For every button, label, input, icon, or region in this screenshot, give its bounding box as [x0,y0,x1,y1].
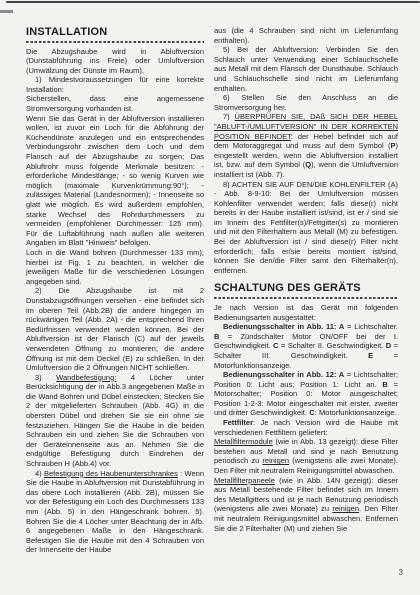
paragraph: Fettfilter: Je nach Version wird die Hau… [214,418,398,437]
scan-artifact-line [6,1,420,3]
text-run: Die Abzugshaube wird in Abluftversion (D… [26,47,204,75]
document-page: INSTALLATIONDie Abzugshaube wird in Ablu… [0,0,420,595]
paragraph: 3) Wandbefestigung: 4 Löcher unter Berüc… [26,373,204,469]
text-run: 2) Die Abzugshaube ist mit 2 Dunstabzugs… [26,286,204,372]
page-number: 3 [399,568,403,577]
paragraph: 6) Stellen Sie den Anschluss an die Stro… [214,93,398,112]
text-run: : Wenn Sie die Haube in Abluftversion mi… [26,469,204,555]
paragraph: Metallfilterpaneele (wie in Abb. 14N gez… [214,476,398,534]
paragraph: Bedienungsschalter in Abb. 11: A = Licht… [214,322,398,370]
text-columns: INSTALLATIONDie Abzugshaube wird in Ablu… [0,0,420,555]
text-run: Bedienungsschalter in Abb. 11: [223,322,339,331]
paragraph: aus (die 4 Schrauben sind nicht im Liefe… [214,26,398,45]
section-title: SCHALTUNG DES GERÄTS [214,282,398,295]
dashed-rule [214,297,398,299]
paragraph: Bedienungsschalter in Abb. 12: A = Licht… [214,370,398,418]
text-run: 7) [223,112,235,121]
text-run: Wandbefestigung: [56,373,116,382]
text-run: 4) [35,469,44,478]
text-run: Bedienungsschalter in Abb. 12: [223,370,339,379]
text-run: reinigen [262,456,289,465]
paragraph: 8) ACHTEN SIE AUF DEN/DIE KOHLENFILTER (… [214,180,398,276]
paragraph: Je nach Version ist das Gerät mit folgen… [214,303,398,322]
text-run: 1) Mindestvoraussetzungen für eine korre… [26,75,204,94]
scan-artifact-mark [0,10,13,13]
column-left: INSTALLATIONDie Abzugshaube wird in Ablu… [26,26,204,555]
section-title: INSTALLATION [26,26,204,39]
text-run: 5) Bei der Abluftversion: Verbinden Sie … [214,45,398,92]
text-run: = Schalter II. Geschwindigkeit. [279,341,386,350]
text-run: aus (die 4 Schrauben sind nicht im Liefe… [214,26,398,45]
text-run: Metallfiltermodule [214,437,273,446]
paragraph: 7) ÜBERPRÜFEN SIE, DAß SICH DER HEBEL "A… [214,112,398,179]
text-run: Je nach Version ist das Gerät mit folgen… [214,303,398,322]
paragraph: 2) Die Abzugshaube ist mit 2 Dunstabzugs… [26,286,204,372]
dashed-rule [26,41,204,43]
paragraph: 5) Bei der Abluftversion: Verbinden Sie … [214,45,398,93]
paragraph: 1) Mindestvoraussetzungen für eine korre… [26,75,204,94]
text-run: Fettfilter [223,418,253,427]
text-run: 4 Löcher unter Berücksichtigung der in A… [26,373,204,468]
text-run: Befestigung des Haubenunterschrankes [44,469,178,478]
paragraph: Wenn Sie das Gerät in der Abluftversion … [26,114,204,248]
text-run: = Lichtschalter. [344,322,398,331]
text-run: Metallfilterpaneele [214,476,275,485]
text-run: 6) Stellen Sie den Anschluss an die Stro… [214,93,398,112]
text-run: reinigen [332,504,359,513]
text-run: : Motorfunktionsanzeige. [315,408,397,417]
paragraph: Sicherstellen, dass eine angemessene Str… [26,94,204,113]
text-run: 8) ACHTEN SIE AUF DEN/DIE KOHLENFILTER (… [214,180,398,275]
paragraph: 4) Befestigung des Haubenunterschrankes … [26,469,204,555]
text-run: Loch in die Wand bohren (Durchmesser 133… [26,248,204,286]
paragraph: Die Abzugshaube wird in Abluftversion (D… [26,47,204,76]
text-run: Wenn Sie das Gerät in der Abluftversion … [26,114,204,248]
paragraph: Metallfiltermodule (wie in Abb. 13 gezei… [214,437,398,475]
column-right: aus (die 4 Schrauben sind nicht im Liefe… [214,26,398,555]
text-run: Sicherstellen, dass eine angemessene Str… [26,94,204,113]
paragraph: Loch in die Wand bohren (Durchmesser 133… [26,248,204,286]
text-run: 3) [35,373,56,382]
